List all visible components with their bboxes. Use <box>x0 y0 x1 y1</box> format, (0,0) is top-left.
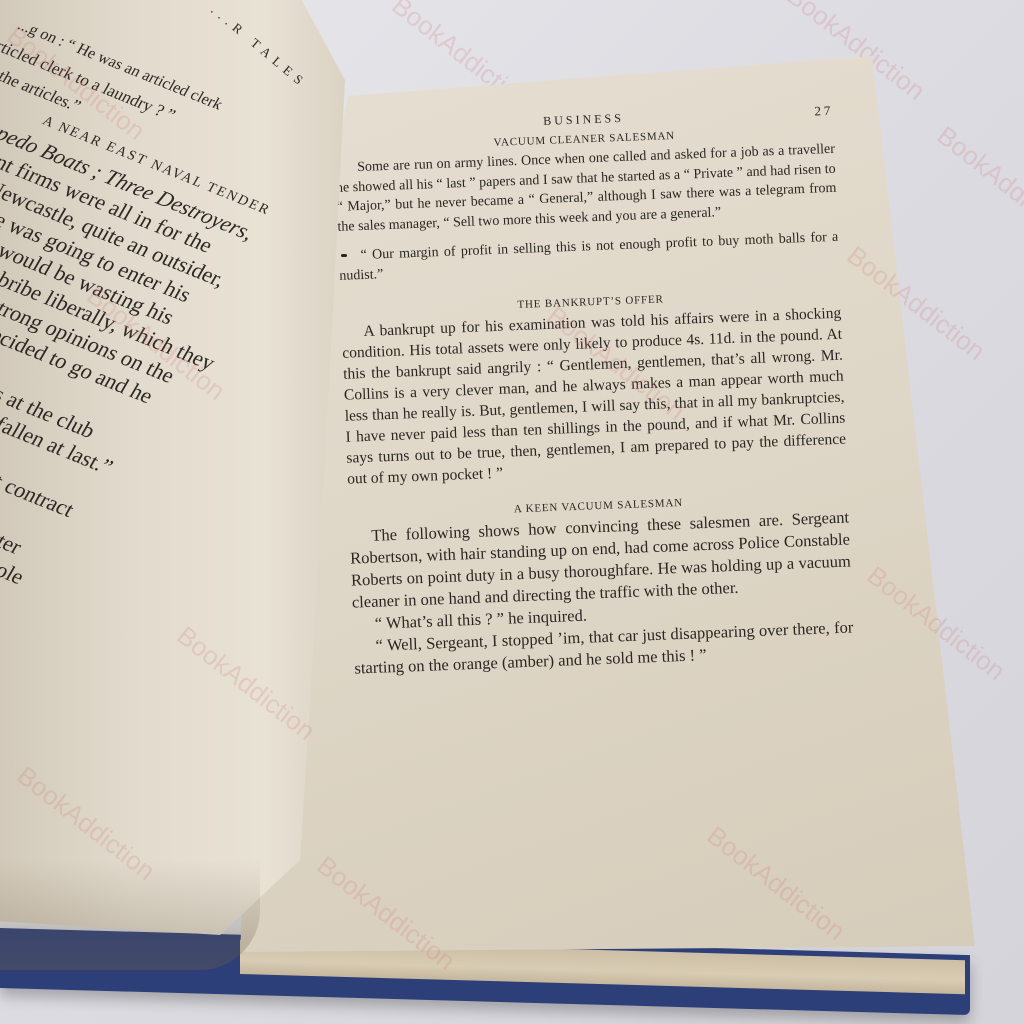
section-bankrupts-offer: THE BANKRUPT’S OFFER A bankrupt up for h… <box>341 287 848 490</box>
watermark: BookAddiction <box>931 120 1024 247</box>
photo-scene: BookAddiction BookAddiction BookAddictio… <box>0 0 1024 1024</box>
paragraph: A bankrupt up for his examination was to… <box>341 303 847 490</box>
running-head-label: BUSINESS <box>543 111 624 128</box>
right-page-text: BUSINESS 27 VACUUM CLEANER SALESMAN Some… <box>333 91 855 680</box>
section-vacuum-cleaner-salesman: VACUUM CLEANER SALESMAN Some are run on … <box>334 124 839 286</box>
paragraph: Some are run on army lines. Once when on… <box>335 140 838 237</box>
section-keen-vacuum-salesman: A KEEN VACUUM SALESMAN The following sho… <box>348 491 854 680</box>
page-number: 27 <box>814 103 834 120</box>
left-page-shadow <box>0 860 260 970</box>
